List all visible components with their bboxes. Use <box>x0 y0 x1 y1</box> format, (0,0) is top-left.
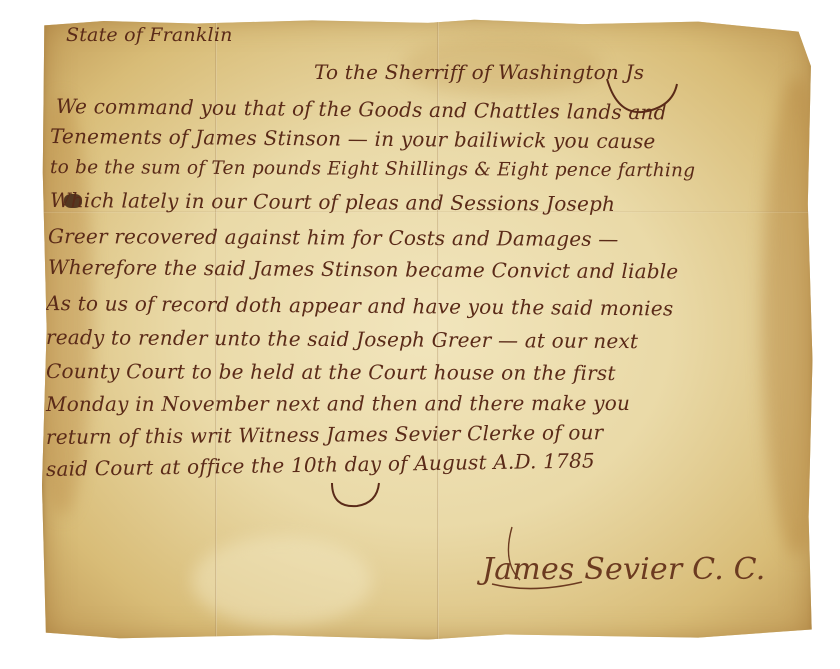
office-flourish <box>327 478 387 518</box>
light-patch <box>192 536 372 626</box>
body-line-9: County Court to be held at the Court hou… <box>46 359 616 385</box>
body-line-1: We command you that of the Goods and Cha… <box>56 94 667 124</box>
body-line-11: return of this writ Witness James Sevier… <box>46 420 604 449</box>
state-header: State of Franklin <box>66 24 233 46</box>
washington-flourish <box>602 74 682 124</box>
manuscript-page: State of Franklin To the Sherriff of Was… <box>42 16 814 642</box>
edge-stain <box>762 76 832 556</box>
address-line: To the Sherriff of Washington Js <box>314 60 644 84</box>
body-line-5: Greer recovered against him for Costs an… <box>48 224 619 251</box>
signature-flourish <box>472 522 732 612</box>
body-line-12: said Court at office the 10th day of Aug… <box>46 448 595 481</box>
body-line-8: ready to render unto the said Joseph Gre… <box>46 325 638 353</box>
body-line-10: Monday in November next and then and the… <box>46 391 630 416</box>
body-line-6: Wherefore the said James Stinson became … <box>48 255 679 283</box>
body-line-2: Tenements of James Stinson — in your bai… <box>50 124 656 153</box>
body-line-3: to be the sum of Ten pounds Eight Shilli… <box>50 157 695 181</box>
body-line-7: As to us of record doth appear and have … <box>46 291 674 320</box>
body-line-4: Which lately in our Court of pleas and S… <box>50 188 615 216</box>
